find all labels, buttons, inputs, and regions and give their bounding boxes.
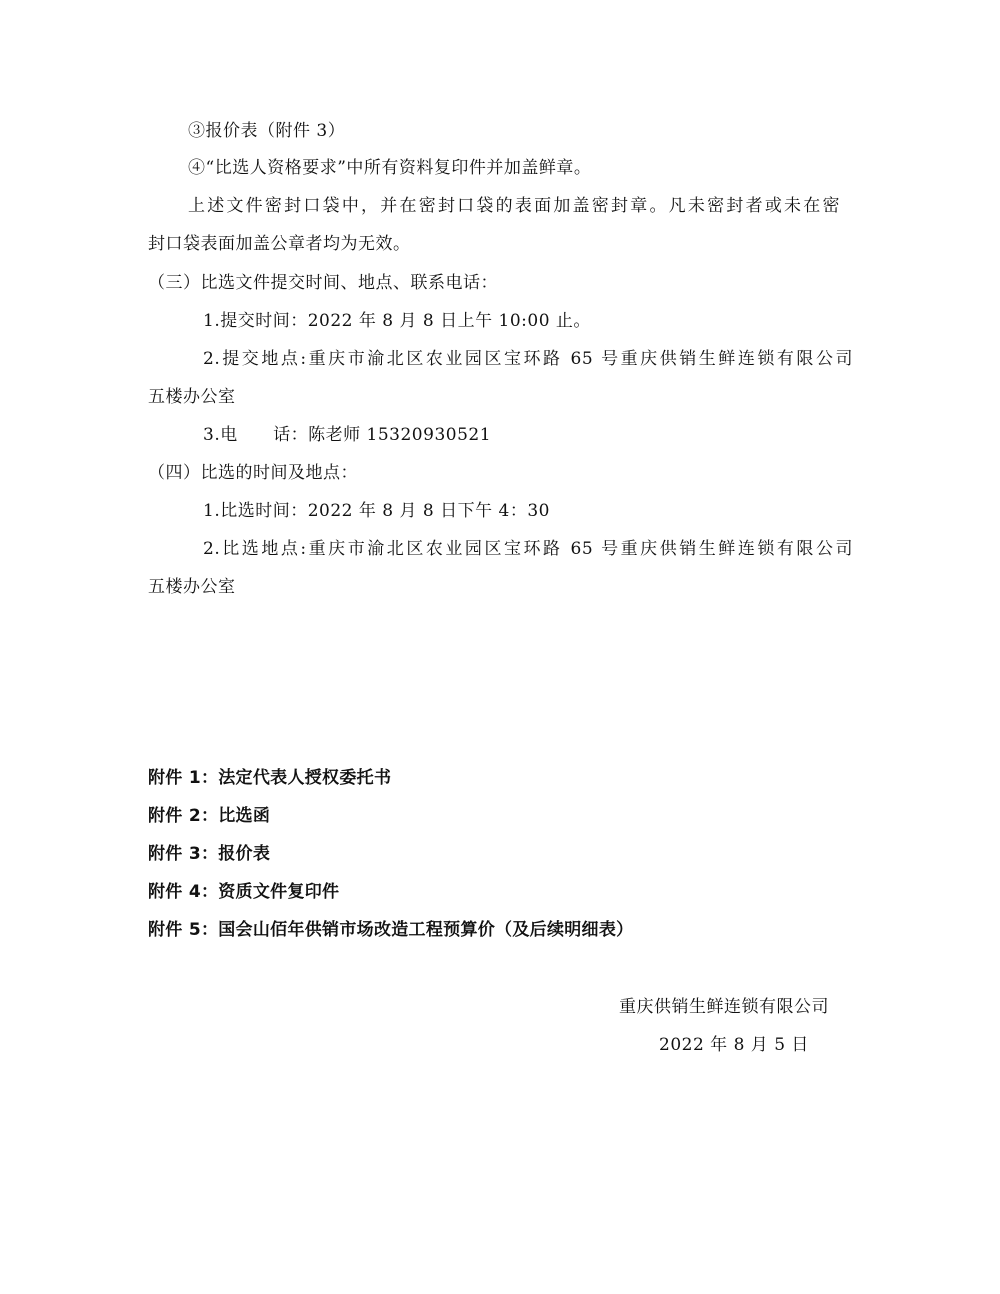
sealing-paragraph-line-2: 封口袋表面加盖公章者均为无效。	[148, 233, 411, 255]
attachment-item: 附件 1：法定代表人授权委托书	[148, 767, 391, 789]
submit-place-line-2: 五楼办公室	[148, 386, 236, 408]
section-4-heading: （四）比选的时间及地点：	[148, 462, 358, 484]
attachment-item: 附件 3：报价表	[148, 843, 270, 865]
attachment-item: 附件 4：资质文件复印件	[148, 881, 339, 903]
attachment-item: 附件 5：国会山佰年供销市场改造工程预算价（及后续明细表）	[148, 919, 633, 941]
section-3-heading: （三）比选文件提交时间、地点、联系电话：	[148, 272, 498, 294]
list-item-quote-form: ③报价表（附件 3）	[188, 120, 345, 142]
selection-time: 1.比选时间：2022 年 8 月 8 日下午 4：30	[203, 500, 550, 522]
submit-time: 1.提交时间：2022 年 8 月 8 日上午 10:00 止。	[203, 310, 591, 332]
contact-phone: 3.电 话：陈老师 15320930521	[203, 424, 491, 446]
selection-place-line-1: 2.比选地点:重庆市渝北区农业园区宝环路 65 号重庆供销生鲜连锁有限公司	[203, 538, 853, 560]
signature-date: 2022 年 8 月 5 日	[659, 1034, 809, 1056]
attachment-item: 附件 2：比选函	[148, 805, 270, 827]
submit-place-line-1: 2.提交地点:重庆市渝北区农业园区宝环路 65 号重庆供销生鲜连锁有限公司	[203, 348, 853, 370]
list-item-qualification-copies: ④“比选人资格要求”中所有资料复印件并加盖鲜章。	[188, 157, 591, 179]
selection-place-line-2: 五楼办公室	[148, 576, 236, 598]
sealing-paragraph-line-1: 上述文件密封口袋中，并在密封口袋的表面加盖密封章。凡未密封者或未在密	[188, 195, 840, 217]
company-name: 重庆供销生鲜连锁有限公司	[619, 996, 829, 1018]
